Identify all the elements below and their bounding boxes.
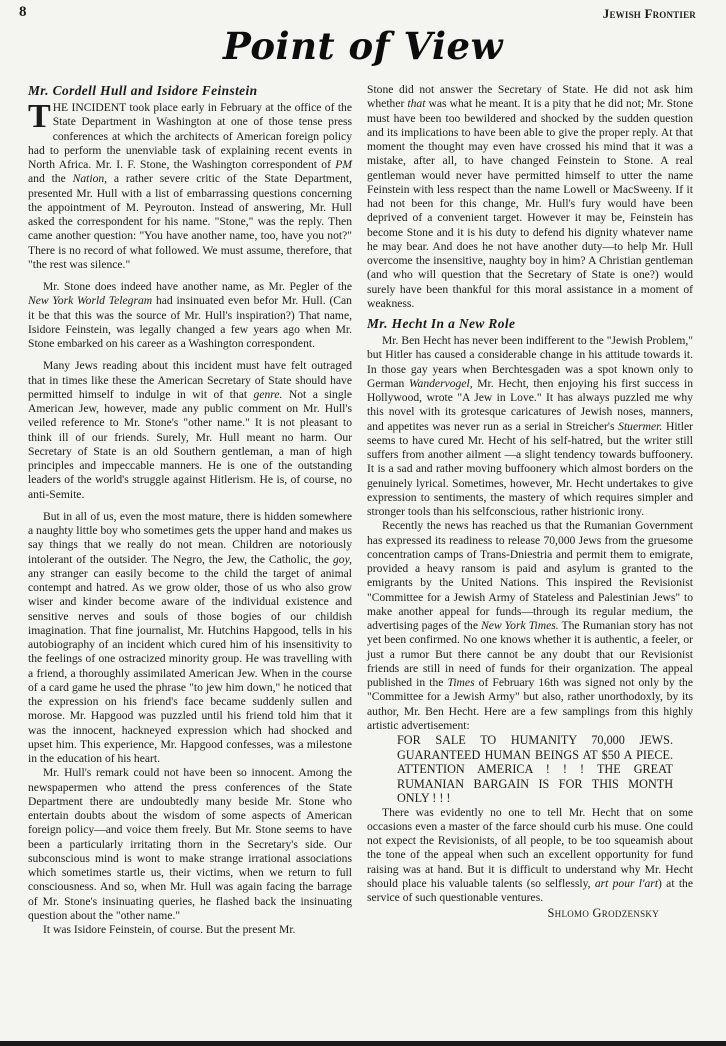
section-heading-hecht: Mr. Hecht In a New Role [367,316,693,332]
paragraph: THE INCIDENT took place early in Februar… [28,101,352,272]
left-column: Mr. Cordell Hull and Isidore Feinstein T… [28,83,352,937]
paragraph: Mr. Ben Hecht has never been indifferent… [367,334,693,519]
paragraph: Mr. Stone does indeed have another name,… [28,280,352,351]
author-signature: Shlomo Grodzensky [367,906,693,920]
paragraph: There was evidently no one to tell Mr. H… [367,806,693,906]
paragraph: It was Isidore Feinstein, of course. But… [28,923,352,937]
paragraph: Recently the news has reached us that th… [367,519,693,733]
drop-cap: T [28,103,51,130]
paragraph: Mr. Hull's remark could not have been so… [28,766,352,923]
paragraph: Many Jews reading about this incident mu… [28,359,352,502]
advertisement-quote: FOR SALE TO HUMANITY 70,000 JEWS. GUARAN… [397,733,673,806]
section-heading-hull: Mr. Cordell Hull and Isidore Feinstein [28,83,352,99]
scan-bottom-edge [0,1041,726,1046]
masthead-title: Point of View [0,24,726,68]
page-number: 8 [19,4,27,21]
running-head: Jewish Frontier [603,6,696,22]
paragraph: But in all of us, even the most mature, … [28,510,352,767]
right-column: Stone did not answer the Secretary of St… [367,83,693,921]
paragraph: Stone did not answer the Secretary of St… [367,83,693,311]
